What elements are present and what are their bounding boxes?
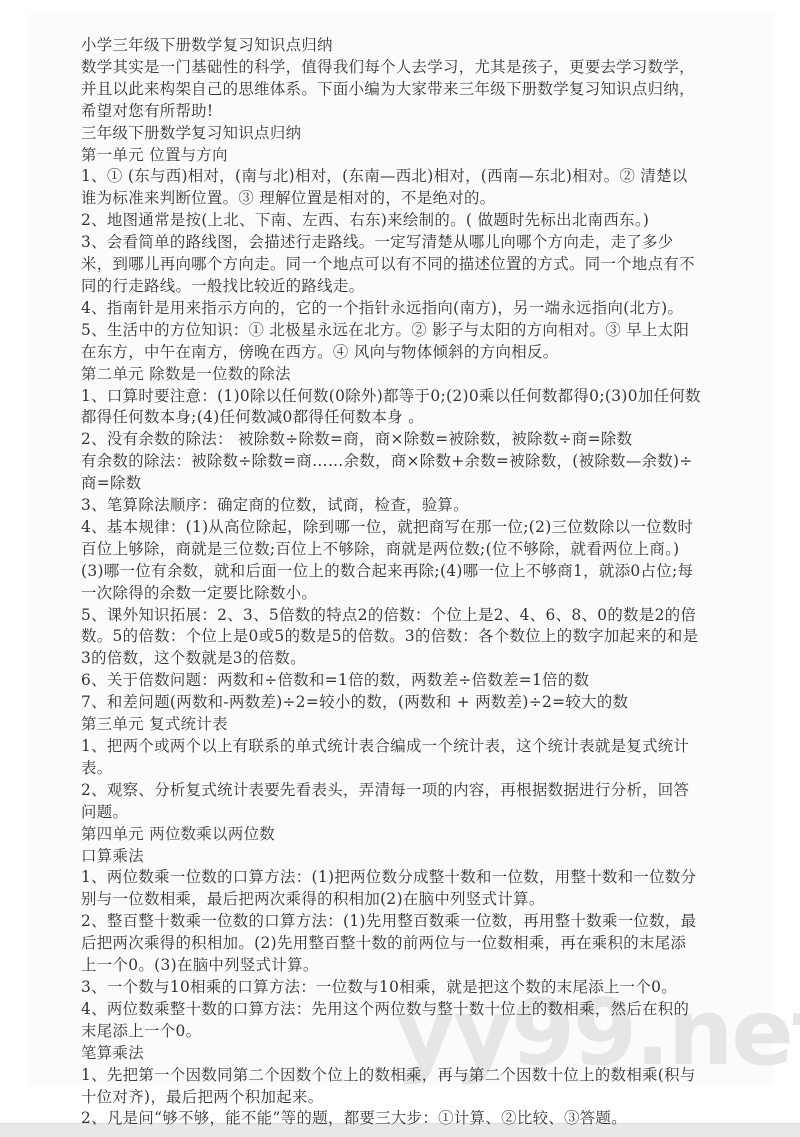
list-item: 3、笔算除法顺序：确定商的位数，试商，检查，验算。	[81, 495, 701, 517]
list-item: 5、课外知识拓展：2、3、5倍数的特点2的倍数：个位上是2、4、6、8、0的数是…	[81, 605, 701, 671]
list-item: 1、两位数乘一位数的口算方法：(1)把两位数分成整十数和一位数，用整十数和一位数…	[81, 867, 701, 911]
document-subtitle: 三年级下册数学复习知识点归纳	[81, 123, 701, 145]
unit-3-heading: 第三单元 复式统计表	[81, 714, 701, 736]
list-item: 2、没有余数的除法： 被除数÷除数=商，商×除数=被除数，被除数÷商=除数	[81, 429, 701, 451]
list-item: 1、① (东与西)相对，(南与北)相对，(东南—西北)相对，(西南—东北)相对。…	[81, 166, 701, 210]
document-body: 小学三年级下册数学复习知识点归纳 数学其实是一门基础性的科学，值得我们每个人去学…	[81, 35, 701, 1130]
list-item: 2、凡是问“够不够，能不能”等的题，都要三大步：①计算、②比较、③答题。	[81, 1108, 701, 1130]
list-item: 4、两位数乘整十数的口算方法：先用这个两位数与整十数十位上的数相乘，然后在积的末…	[81, 999, 701, 1043]
list-item: 2、整百整十数乘一位数的口算方法：(1)先用整百数乘一位数，再用整十数乘一位数，…	[81, 911, 701, 977]
list-item: 5、生活中的方位知识：① 北极星永远在北方。② 影子与太阳的方向相对。③ 早上太…	[81, 320, 701, 364]
intro-paragraph: 数学其实是一门基础性的科学，值得我们每个人去学习，尤其是孩子，更要去学习数学，并…	[81, 57, 701, 123]
list-item: 1、把两个或两个以上有联系的单式统计表合编成一个统计表，这个统计表就是复式统计表…	[81, 736, 701, 780]
list-item: 有余数的除法：被除数÷除数=商……余数，商×除数+余数=被除数，(被除数—余数)…	[81, 451, 701, 495]
list-item: 3、一个数与10相乘的口算方法：一位数与10相乘，就是把这个数的末尾添上一个0。	[81, 977, 701, 999]
unit-1-heading: 第一单元 位置与方向	[81, 145, 701, 167]
list-item: 1、先把第一个因数同第二个因数个位上的数相乘，再与第二个因数十位上的数相乘(积与…	[81, 1065, 701, 1109]
list-item: 1、口算时要注意：(1)0除以任何数(0除外)都等于0;(2)0乘以任何数都得0…	[81, 386, 701, 430]
subsection-heading: 笔算乘法	[81, 1043, 701, 1065]
unit-4-heading: 第四单元 两位数乘以两位数	[81, 824, 701, 846]
subsection-heading: 口算乘法	[81, 846, 701, 868]
list-item: 4、指南针是用来指示方向的，它的一个指针永远指向(南方)，另一端永远指向(北方)…	[81, 298, 701, 320]
list-item: 6、关于倍数问题：两数和÷倍数和=1倍的数，两数差÷倍数差=1倍的数	[81, 670, 701, 692]
list-item: 4、基本规律：(1)从高位除起，除到哪一位，就把商写在那一位;(2)三位数除以一…	[81, 517, 701, 605]
unit-2-heading: 第二单元 除数是一位数的除法	[81, 364, 701, 386]
list-item: 2、地图通常是按(上北、下南、左西、右东)来绘制的。( 做题时先标出北南西东。)	[81, 210, 701, 232]
list-item: 2、观察、分析复式统计表要先看表头，弄清每一项的内容，再根据数据进行分析，回答问…	[81, 780, 701, 824]
list-item: 7、和差问题(两数和-两数差)÷2=较小的数，(两数和 + 两数差)÷2=较大的…	[81, 692, 701, 714]
list-item: 3、会看简单的路线图，会描述行走路线。一定写清楚从哪儿向哪个方向走，走了多少米，…	[81, 232, 701, 298]
document-title: 小学三年级下册数学复习知识点归纳	[81, 35, 701, 57]
